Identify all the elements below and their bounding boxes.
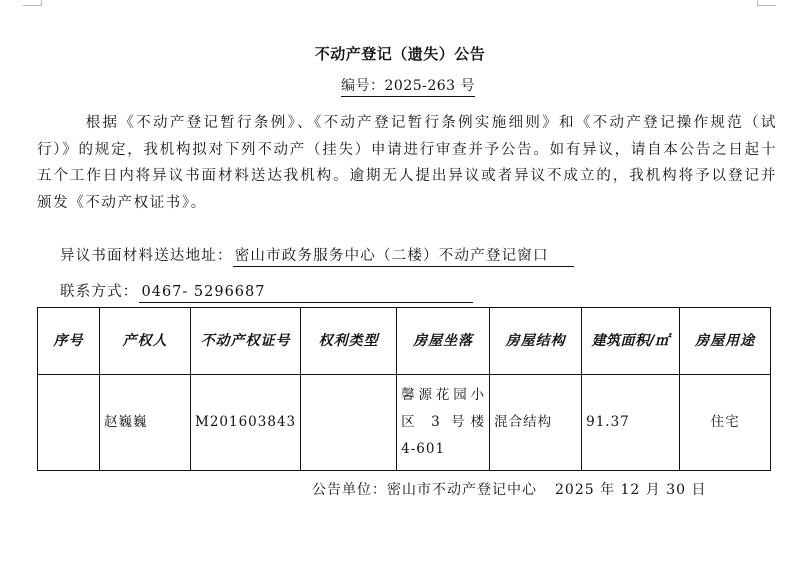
crop-mark-top-left — [23, 0, 42, 6]
notice-paragraph: 根据《不动产登记暂行条例》、《不动产登记暂行条例实施细则》和《不动产登记操作规范… — [37, 110, 777, 216]
issue-date: 2025 年 12 月 30 日 — [555, 482, 707, 498]
address-label: 异议书面材料送达地址： — [60, 248, 233, 264]
address-value: 密山市政务服务中心（二楼）不动产登记窗口 — [233, 246, 574, 267]
cell-structure: 混合结构 — [490, 375, 582, 471]
header-index: 序号 — [38, 308, 100, 375]
header-structure: 房屋结构 — [490, 308, 582, 375]
cell-area: 91.37 — [582, 375, 680, 471]
cell-owner: 赵巍巍 — [100, 375, 191, 471]
header-right-type: 权利类型 — [301, 308, 397, 375]
contact-line: 联系方式：0467- 5296687 — [60, 282, 473, 303]
document-number: 编号：2025-263 号 — [341, 77, 475, 97]
table-header-row: 序号 产权人 不动产权证号 权利类型 房屋坐落 房屋结构 建筑面积/㎡ 房屋用途 — [38, 308, 771, 375]
crop-mark-top-right — [757, 0, 776, 6]
header-usage: 房屋用途 — [680, 308, 771, 375]
notice-paragraph-text: 根据《不动产登记暂行条例》、《不动产登记暂行条例实施细则》和《不动产登记操作规范… — [37, 115, 777, 211]
issuer: 公告单位：密山市不动产登记中心 — [312, 482, 537, 498]
header-cert-no: 不动产权证号 — [191, 308, 301, 375]
header-owner: 产权人 — [100, 308, 191, 375]
header-location: 房屋坐落 — [397, 308, 490, 375]
cell-usage: 住宅 — [680, 375, 771, 471]
page-title: 不动产登记（遗失）公告 — [0, 43, 800, 64]
objection-address-line: 异议书面材料送达地址：密山市政务服务中心（二楼）不动产登记窗口 — [60, 246, 574, 267]
contact-label: 联系方式： — [60, 284, 139, 300]
cell-index — [38, 375, 100, 471]
header-area: 建筑面积/㎡ — [582, 308, 680, 375]
property-table: 序号 产权人 不动产权证号 权利类型 房屋坐落 房屋结构 建筑面积/㎡ 房屋用途… — [37, 307, 771, 471]
cell-location: 馨源花园小区 3 号楼 4-601 — [397, 375, 490, 471]
cell-right-type — [301, 375, 397, 471]
table-row: 赵巍巍 M201603843 馨源花园小区 3 号楼 4-601 混合结构 91… — [38, 375, 771, 471]
cell-cert-no: M201603843 — [191, 375, 301, 471]
contact-value: 0467- 5296687 — [139, 282, 473, 303]
notice-footer: 公告单位：密山市不动产登记中心2025 年 12 月 30 日 — [312, 480, 707, 500]
